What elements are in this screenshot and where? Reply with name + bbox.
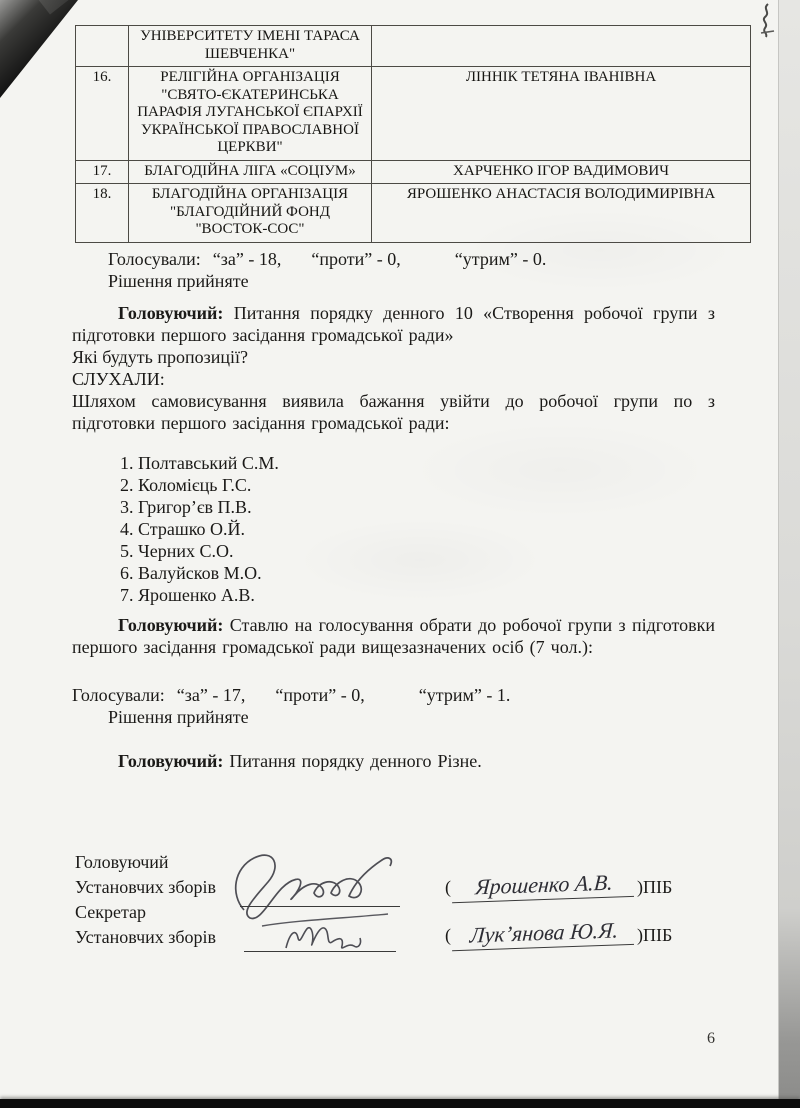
page-number: 6 [707, 1030, 715, 1048]
pib-suffix: )ПІБ [635, 925, 672, 948]
vote-motion-paragraph: Головуючий: Ставлю на голосування обрати… [72, 614, 715, 658]
vote-result-line: Голосували:“за” - 17,“проти” - 0,“утрим”… [72, 684, 715, 706]
organization-cell: БЛАГОДІЙНА ЛІГА «СОЦІУМ» [129, 160, 372, 184]
organization-cell: УНІВЕРСИТЕТУ ІМЕНІ ТАРАСА ШЕВЧЕНКА" [129, 26, 372, 67]
chair-role-line: Установчих зборів [75, 875, 216, 900]
misc-agenda-paragraph: Головуючий: Питання порядку денного Різн… [72, 750, 715, 772]
pib-suffix: )ПІБ [635, 877, 672, 900]
secretary-signature-line [244, 951, 396, 952]
list-item: 4. Страшко О.Й. [120, 518, 715, 540]
vote-against: “проти” - 0, [275, 685, 364, 705]
paragraph-text: Питання порядку денного Різне. [223, 751, 481, 771]
decision-line: Рішення прийняте [108, 270, 715, 292]
decision-line: Рішення прийняте [108, 706, 715, 728]
vote-label: Голосували: [72, 685, 165, 705]
self-nomination-paragraph: Шляхом самовисування виявила бажання уві… [72, 390, 715, 434]
list-item: 1. Полтавський С.М. [120, 452, 715, 474]
pen-mark-icon [758, 2, 776, 40]
list-item: 7. Ярошенко А.В. [120, 584, 715, 606]
vote-for: “за” - 17, [177, 685, 246, 705]
scan-right-edge [778, 0, 800, 1108]
chairman-lead: Головуючий: [118, 615, 223, 635]
list-item: 2. Коломієць Г.С. [120, 474, 715, 496]
person-name-cell: ЛІННІК ТЕТЯНА ІВАНІВНА [372, 67, 751, 161]
members-table: УНІВЕРСИТЕТУ ІМЕНІ ТАРАСА ШЕВЧЕНКА" 16. … [75, 25, 751, 243]
person-name-cell: ХАРЧЕНКО ІГОР ВАДИМОВИЧ [372, 160, 751, 184]
heard-heading: СЛУХАЛИ: [72, 368, 715, 390]
vote-abstain: “утрим” - 0. [455, 249, 547, 269]
secretary-role-line: Секретар [75, 900, 216, 925]
list-item: 3. Григор’єв П.В. [120, 496, 715, 518]
vote-abstain: “утрим” - 1. [419, 685, 511, 705]
candidates-list: 1. Полтавський С.М. 2. Коломієць Г.С. 3.… [120, 452, 715, 606]
vote-against: “проти” - 0, [311, 249, 400, 269]
chair-signature-icon [228, 838, 408, 930]
vote-label: Голосували: [108, 249, 201, 269]
scan-bottom-edge [0, 1099, 800, 1108]
row-number-cell: 18. [76, 184, 129, 243]
scanned-document-page: УНІВЕРСИТЕТУ ІМЕНІ ТАРАСА ШЕВЧЕНКА" 16. … [0, 0, 800, 1108]
chair-name-entry: (Ярошенко А.В.)ПІБ [445, 872, 672, 900]
proposals-question-line: Які будуть пропозиції? [72, 346, 715, 368]
signature-roles: Головуючий Установчих зборів Секретар Ус… [75, 850, 216, 950]
table-row: 17. БЛАГОДІЙНА ЛІГА «СОЦІУМ» ХАРЧЕНКО ІГ… [76, 160, 751, 184]
organization-cell: БЛАГОДІЙНА ОРГАНІЗАЦІЯ "БЛАГОДІЙНИЙ ФОНД… [129, 184, 372, 243]
chair-role-line: Головуючий [75, 850, 216, 875]
vote-for: “за” - 18, [213, 249, 282, 269]
list-item: 5. Черних С.О. [120, 540, 715, 562]
chairman-lead: Головуючий: [118, 303, 223, 323]
person-name-cell: ЯРОШЕНКО АНАСТАСІЯ ВОЛОДИМИРІВНА [372, 184, 751, 243]
chair-signature-line [240, 906, 400, 907]
agenda-item-10-paragraph: Головуючий: Питання порядку денного 10 «… [72, 302, 715, 346]
table-row: 16. РЕЛІГІЙНА ОРГАНІЗАЦІЯ "СВЯТО-ЄКАТЕРИ… [76, 67, 751, 161]
table-row: 18. БЛАГОДІЙНА ОРГАНІЗАЦІЯ "БЛАГОДІЙНИЙ … [76, 184, 751, 243]
organization-cell: РЕЛІГІЙНА ОРГАНІЗАЦІЯ "СВЯТО-ЄКАТЕРИНСЬК… [129, 67, 372, 161]
secretary-handwritten-name: Лук’янова Ю.Я. [452, 917, 636, 951]
chairman-lead: Головуючий: [118, 751, 223, 771]
list-item: 6. Валуйсков М.О. [120, 562, 715, 584]
document-body: Голосували:“за” - 18,“проти” - 0,“утрим”… [72, 248, 715, 772]
row-number-cell [76, 26, 129, 67]
row-number-cell: 17. [76, 160, 129, 184]
person-name-cell [372, 26, 751, 67]
table-row: УНІВЕРСИТЕТУ ІМЕНІ ТАРАСА ШЕВЧЕНКА" [76, 26, 751, 67]
secretary-name-entry: (Лук’янова Ю.Я.)ПІБ [445, 920, 672, 948]
secretary-role-line: Установчих зборів [75, 925, 216, 950]
chair-handwritten-name: Ярошенко А.В. [452, 869, 636, 903]
vote-result-line: Голосували:“за” - 18,“проти” - 0,“утрим”… [108, 248, 715, 270]
row-number-cell: 16. [76, 67, 129, 161]
